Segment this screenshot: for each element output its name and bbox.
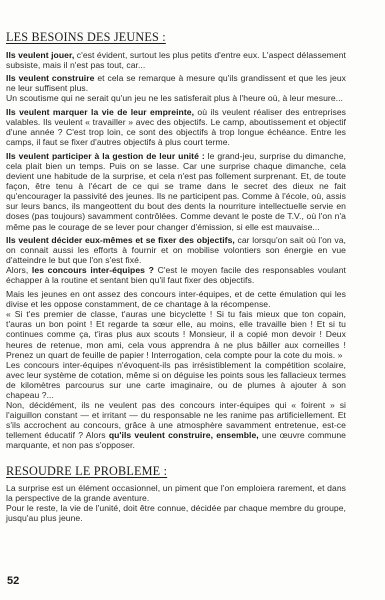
page-number: 52: [7, 575, 19, 587]
paragraph-reste: Pour le reste, la vie de l'unité, doit ê…: [6, 503, 346, 523]
bold-emphasis: qu'ils veulent construire, ensemble,: [109, 430, 259, 440]
paragraph-quote: « Si t'es premier de classe, t'auras une…: [6, 309, 346, 359]
quoted-text: « Si t'es premier de classe, t'auras une…: [6, 309, 346, 359]
bold-lead: Ils veulent participer à la gestion de l…: [6, 151, 205, 161]
paragraph-gestion: Ils veulent participer à la gestion de l…: [6, 151, 346, 232]
document-page: LES BESOINS DES JEUNES : Ils veulent jou…: [0, 0, 385, 600]
paragraph-text: Mais les jeunes en ont assez des concour…: [6, 289, 346, 309]
section-resoudre-le-probleme: RESOUDRE LE PROBLEME : La surprise est u…: [6, 462, 346, 523]
heading-text: LES BESOINS DES JEUNES :: [6, 30, 166, 44]
paragraph-emulation: Mais les jeunes en ont assez des concour…: [6, 289, 346, 309]
paragraph-concours: Alors, les concours inter-équipes ? C'es…: [6, 265, 346, 285]
page-content: LES BESOINS DES JEUNES : Ils veulent jou…: [6, 28, 346, 526]
paragraph-text: le grand-jeu, surprise du dimanche, cela…: [6, 151, 346, 232]
paragraph-construire: Ils veulent construire et cela se remarq…: [6, 73, 346, 93]
paragraph-text: Un scoutisme qui ne serait qu'un jeu ne …: [6, 93, 343, 103]
paragraph-conclusion: Non, décidément, ils ne veulent pas des …: [6, 400, 346, 450]
paragraph-scoutisme: Un scoutisme qui ne serait qu'un jeu ne …: [6, 93, 346, 103]
paragraph-competition: Les concours inter-équipes n'évoquent-il…: [6, 360, 346, 400]
bold-lead: Ils veulent décider eux-mêmes et se fixe…: [6, 235, 235, 245]
paragraph-surprise: La surprise est un élément occasionnel, …: [6, 483, 346, 503]
paragraph-text: Les concours inter-équipes n'évoquent-il…: [6, 360, 346, 400]
paragraph-text: Alors,: [6, 265, 32, 275]
section-heading: LES BESOINS DES JEUNES :: [6, 30, 166, 45]
paragraph-decider: Ils veulent décider eux-mêmes et se fixe…: [6, 235, 346, 265]
paragraph-empreinte: Ils veulent marquer la vie de leur empre…: [6, 107, 346, 147]
paragraph-text: Pour le reste, la vie de l'unité, doit ê…: [6, 503, 346, 523]
section-heading: RESOUDRE LE PROBLEME :: [6, 464, 167, 479]
section-besoins-des-jeunes: LES BESOINS DES JEUNES : Ils veulent jou…: [6, 28, 346, 451]
paragraph-text: La surprise est un élément occasionnel, …: [6, 483, 346, 503]
bold-lead: les concours inter-équipes ?: [32, 265, 154, 275]
bold-lead: Ils veulent jouer,: [6, 50, 74, 60]
bold-lead: Ils veulent construire: [6, 73, 94, 83]
paragraph-jouer: Ils veulent jouer, c'est évident, surtou…: [6, 50, 346, 70]
bold-lead: Ils veulent marquer la vie de leur empre…: [6, 107, 194, 117]
heading-text: RESOUDRE LE PROBLEME :: [6, 464, 167, 478]
